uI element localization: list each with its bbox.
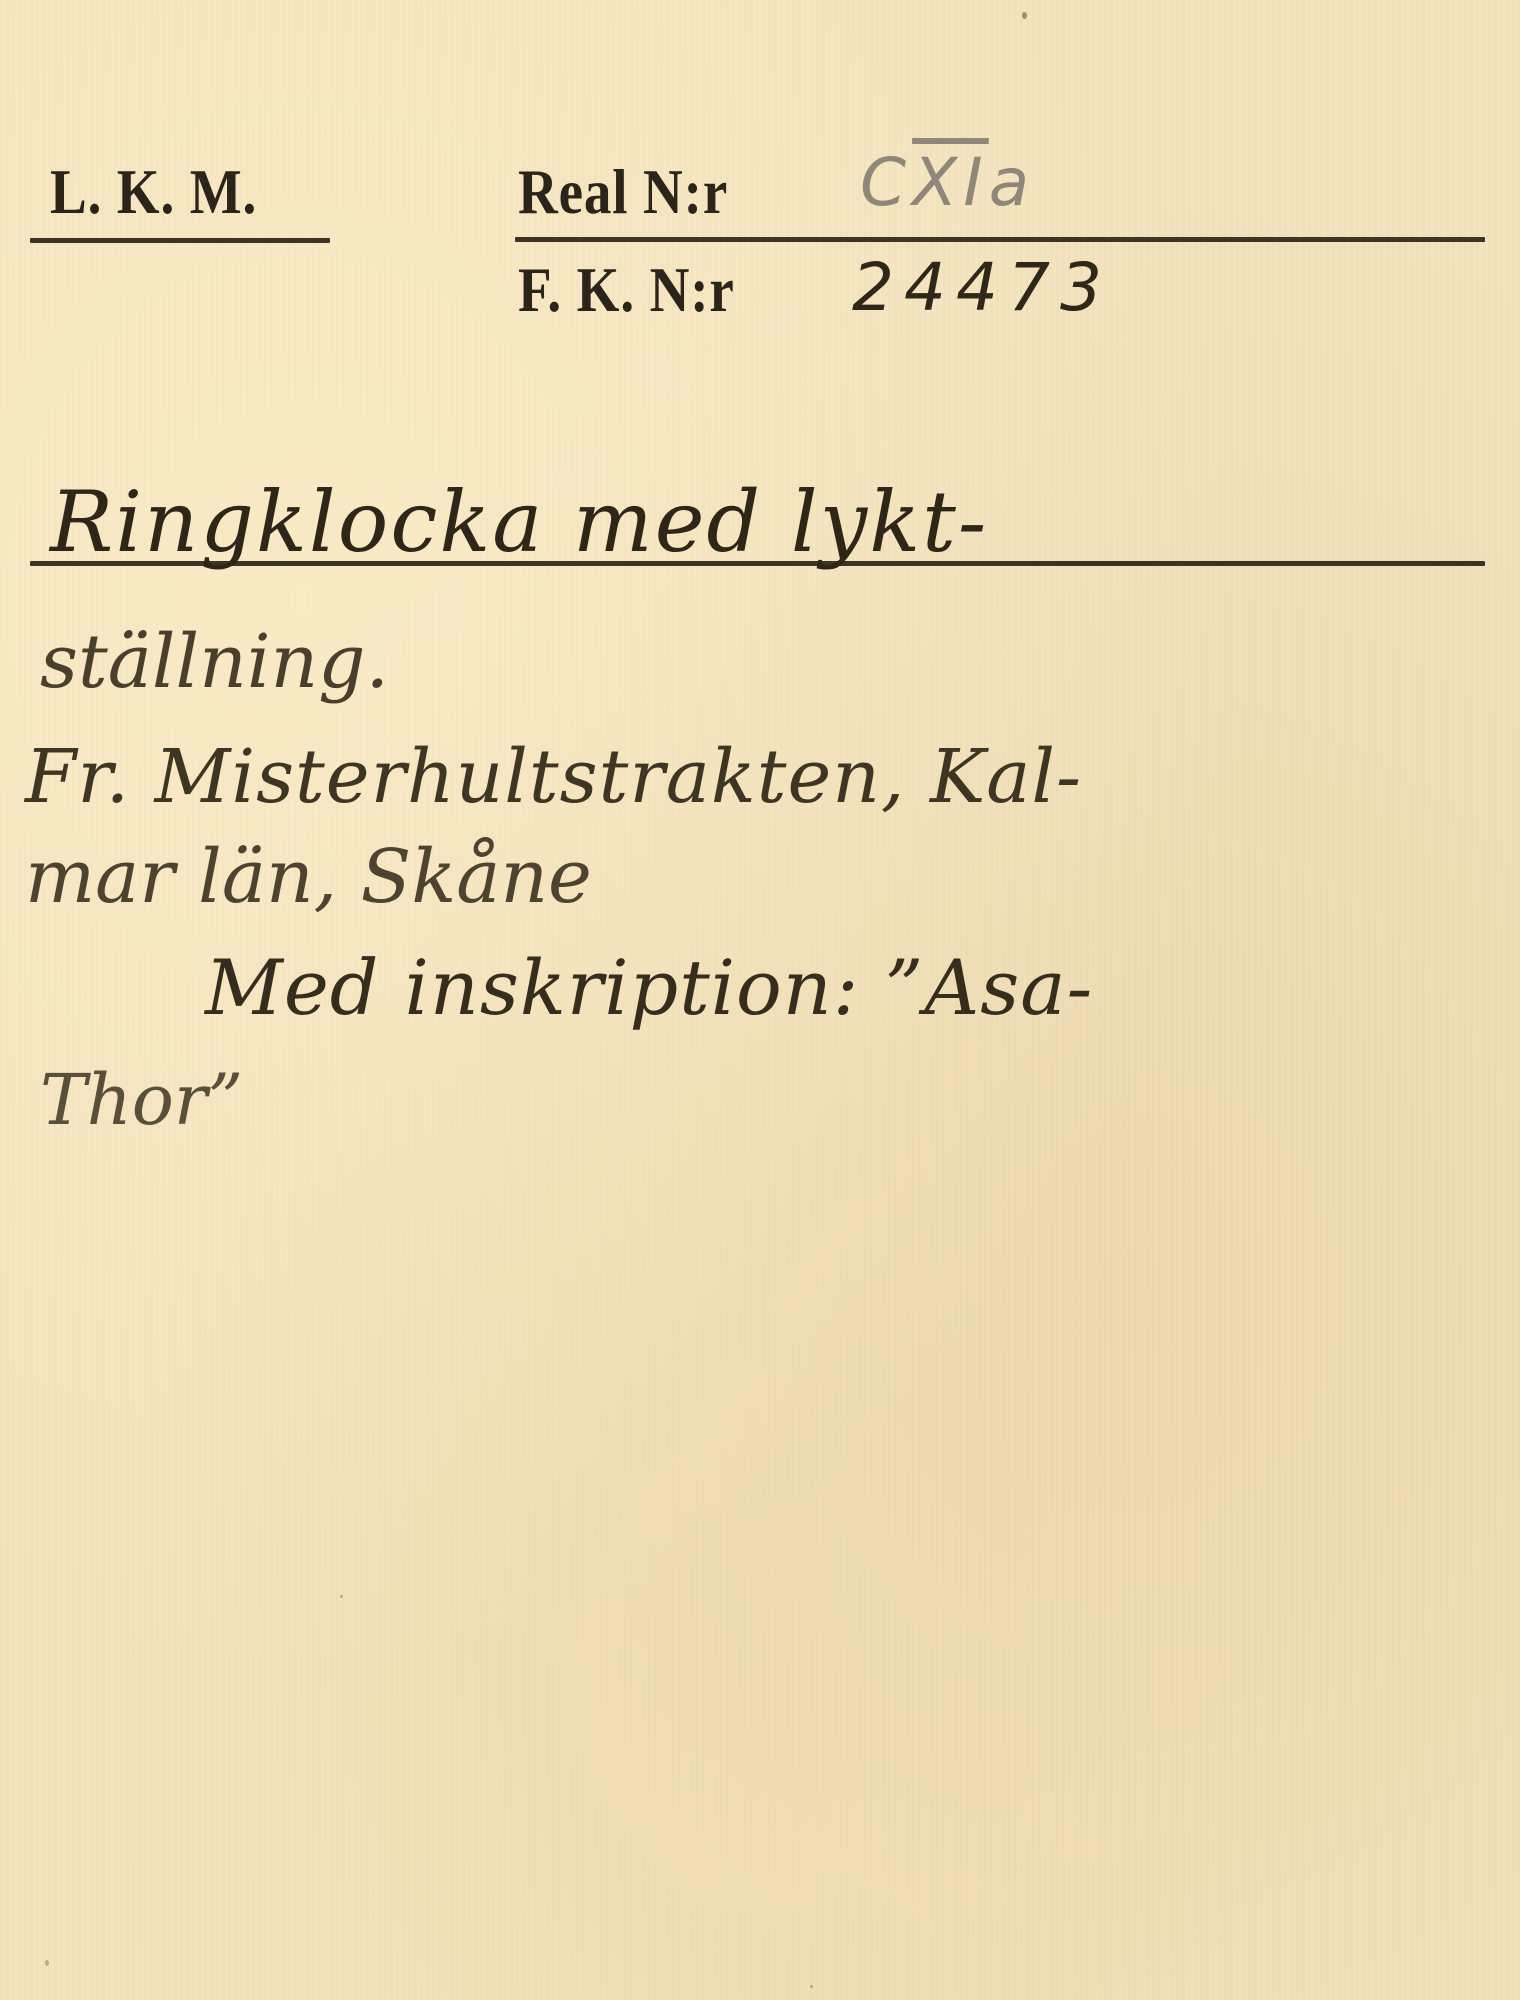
entry-line-2: Fr. Misterhultstrakten, Kal-: [25, 740, 1082, 814]
paper-speck: [340, 1595, 343, 1598]
real-number-value: CXIa: [860, 150, 1035, 216]
catalogue-card: L. K. M. Real N:r CXIa F. K. N:r 24473 R…: [0, 0, 1520, 2000]
entry-line-5: Thor”: [40, 1065, 243, 1135]
fk-number-value: 24473: [852, 255, 1112, 321]
fk-number-label: F. K. N:r: [518, 258, 735, 322]
real-number-label: Real N:r: [518, 160, 728, 224]
paper-speck: [1022, 12, 1027, 19]
entry-line-3: mar län, Skåne: [25, 840, 592, 914]
institution-abbreviation: L. K. M.: [50, 160, 257, 224]
real-number-roman: XI: [912, 144, 989, 221]
paper-speck: [810, 1985, 813, 1988]
entry-line-4: Med inskription: ”Asa-: [205, 950, 1093, 1026]
title-rule: [30, 561, 1485, 566]
institution-underline: [30, 238, 330, 243]
real-number-suffix: a: [989, 144, 1035, 221]
object-title-line: Ringklocka med lykt-: [50, 480, 988, 564]
entry-line-1: ställning.: [40, 625, 389, 699]
real-number-prefix: C: [860, 144, 912, 221]
header-divider-line: [515, 237, 1485, 242]
paper-speck: [45, 1960, 49, 1966]
